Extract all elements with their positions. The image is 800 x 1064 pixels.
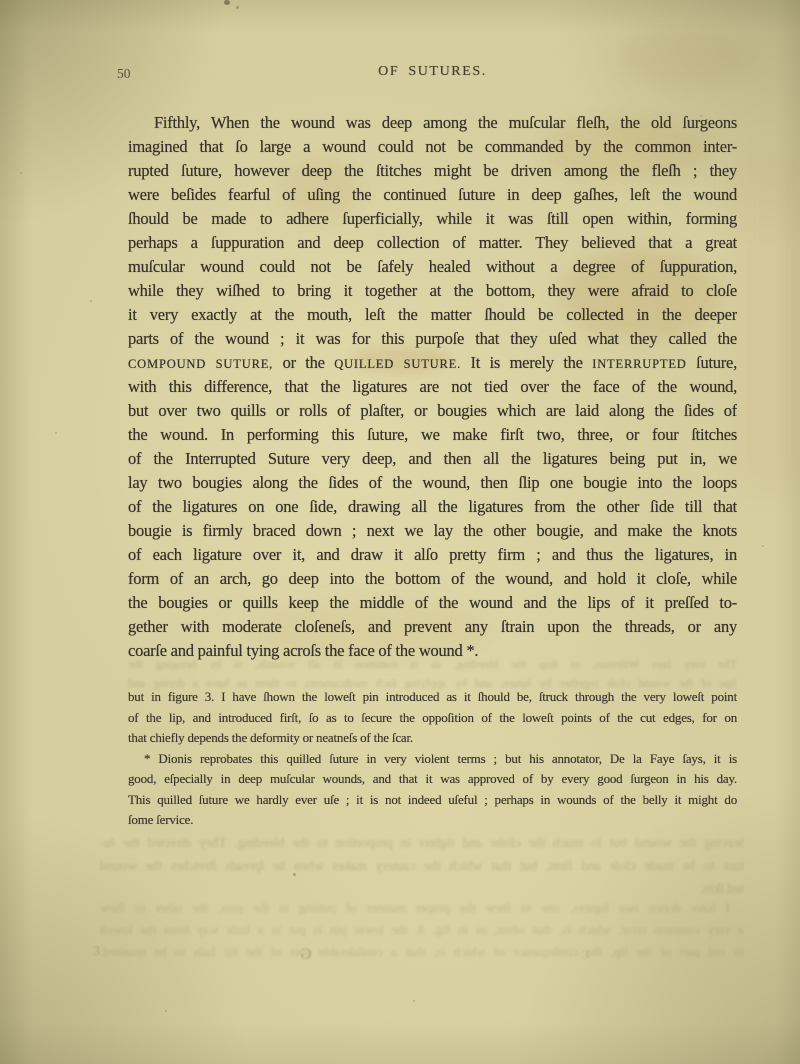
ink-speck — [700, 115, 702, 117]
text-line: imagined that ſo large a wound could not… — [128, 135, 737, 159]
paper-stain — [736, 150, 800, 490]
text-line: ſome ſervice. — [128, 810, 737, 831]
text-line: of the lip, and introduced firſt, ſo as … — [128, 708, 737, 729]
text-line: the wound. In performing this ſuture, we… — [128, 423, 737, 447]
text-line: muſcular wound could not be ſafely heale… — [128, 255, 737, 279]
text-line: or red part of the lip, the conſequence … — [100, 941, 744, 963]
signature-mark: 3 — [93, 944, 100, 960]
text-line: but in figure 3. I have ſhown the loweſt… — [128, 687, 737, 708]
ink-speck — [20, 172, 22, 174]
text-line: gether with moderate cloſeneſs, and prev… — [128, 615, 737, 639]
signature-mark: G — [300, 946, 312, 964]
text-line: rupted ſuture, however deep the ſtitches… — [128, 159, 737, 183]
text-line: ſhould be made to adhere ſuperficially, … — [128, 207, 737, 231]
ink-speck — [55, 432, 57, 434]
ink-speck — [90, 300, 92, 302]
text-line: perhaps a ſuppuration and deep collectio… — [128, 231, 737, 255]
text-line: a very common error, which is, that ofte… — [100, 919, 744, 941]
text-line: ted ſkin. — [100, 877, 744, 900]
small-caps-term: INTERRUPTED — [592, 357, 686, 371]
ink-speck — [165, 1010, 167, 1012]
text-line: were beſides fearful of uſing the contin… — [128, 183, 737, 207]
signature-mark: 3 — [582, 948, 589, 964]
text-line: that chiefly depends the deformity or ne… — [128, 728, 737, 749]
text-line: bougie is firmly braced down ; next we l… — [128, 519, 737, 543]
text-line: of the Interrupted Suture very deep, and… — [128, 447, 737, 471]
ink-speck — [762, 545, 764, 547]
text-line: but over two quills or rolls of plaſter,… — [128, 399, 737, 423]
text-line: with this difference, that the ligatures… — [128, 375, 737, 399]
book-page: 50 OF SUTURES. Fifthly, When the wound w… — [0, 0, 800, 1064]
text-line: good, eſpecially in deep muſcular wounds… — [128, 769, 737, 790]
text-line: parts of the wound ; it was for this pur… — [128, 327, 737, 351]
small-caps-term: COMPOUND SUTURE, — [128, 357, 273, 371]
text-line: while they wiſhed to bring it together a… — [128, 279, 737, 303]
running-title: OF SUTURES. — [128, 64, 737, 80]
text-line: COMPOUND SUTURE, or the QUILLED SUTURE. … — [128, 351, 737, 375]
text-line: lay two bougies along the ſides of the w… — [128, 471, 737, 495]
ink-speck — [413, 1000, 415, 1002]
text-line: Fifthly, When the wound was deep among t… — [128, 111, 737, 135]
text-line: I have drawn two figures, one to ſhew th… — [100, 897, 744, 919]
text-line: of each ligature over it, and draw it al… — [128, 543, 737, 567]
ink-speck — [236, 6, 239, 9]
ink-speck — [293, 873, 296, 876]
text-line: ture to be made cloſe and firm, but that… — [100, 854, 744, 877]
small-caps-term: QUILLED SUTURE. — [334, 357, 461, 371]
bleed-through-text: I have drawn two figures, one to ſhew th… — [100, 897, 744, 963]
bleed-through-text: leaving the wound but ſo much the cloſer… — [100, 831, 744, 900]
footnote: but in figure 3. I have ſhown the loweſt… — [128, 687, 737, 831]
text-line: * Dionis reprobates this quilled ſuture … — [128, 749, 737, 770]
text-line: the bougies or quills keep the middle of… — [128, 591, 737, 615]
main-paragraph: Fifthly, When the wound was deep among t… — [128, 111, 737, 663]
text-line: of the ligatures on one ſide, drawing al… — [128, 495, 737, 519]
text-line: coarſe and painful tying acroſs the face… — [128, 639, 737, 663]
text-line: form of an arch, go deep into the bottom… — [128, 567, 737, 591]
ink-speck — [224, 0, 230, 5]
text-line: it very exactly at the mouth, leſt the m… — [128, 303, 737, 327]
text-line: This quilled ſuture we hardly ever uſe ;… — [128, 790, 737, 811]
text-line: leaving the wound but ſo much the cloſer… — [100, 831, 744, 854]
